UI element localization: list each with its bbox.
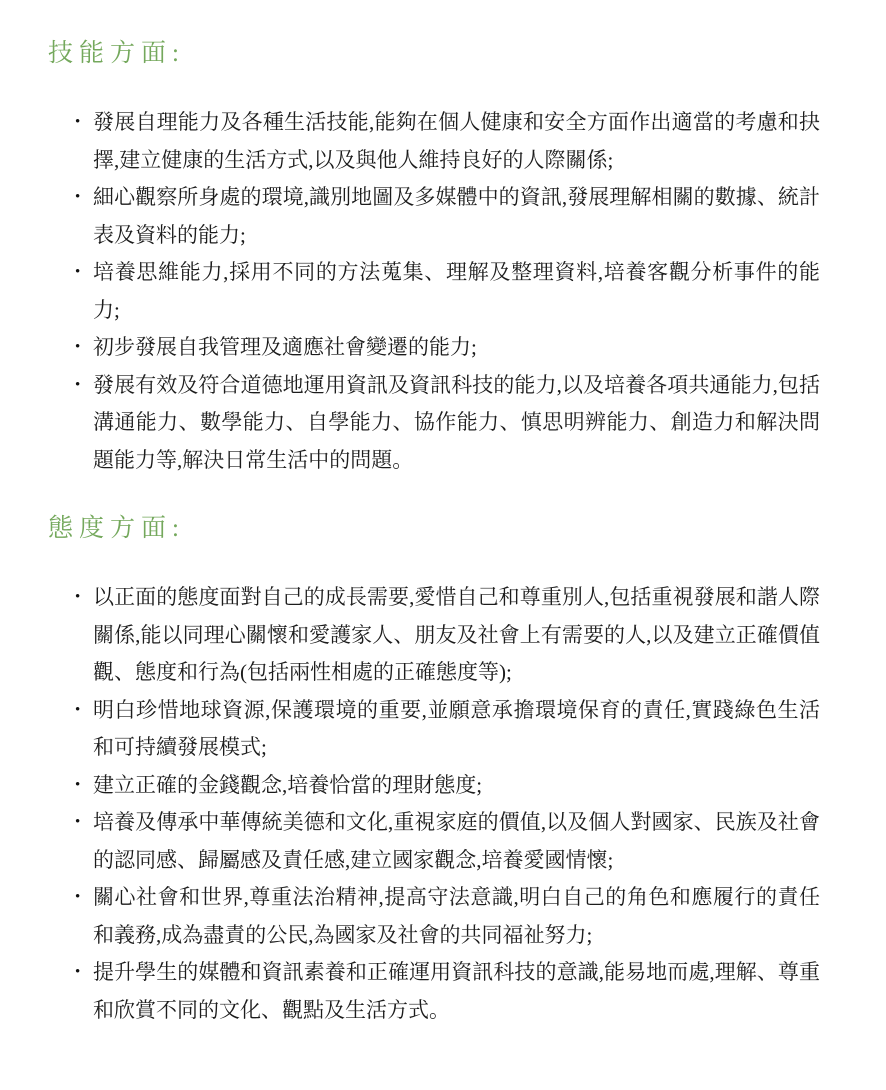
section-heading-attitude: 態度方面:: [48, 513, 820, 545]
bullet-text: 初步發展自我管理及適應社會變遷的能力;: [93, 335, 477, 359]
bullet-icon: •: [75, 767, 89, 805]
list-item: • 明白珍惜地球資源,保護環境的重要,並願意承擔環境保育的責任,實踐綠色生活和可…: [48, 692, 820, 767]
bullet-text: 提升學生的媒體和資訊素養和正確運用資訊科技的意識,能易地而處,理解、尊重和欣賞不…: [93, 960, 820, 1022]
bullet-icon: •: [75, 879, 89, 917]
bullet-icon: •: [75, 367, 89, 405]
bullet-text: 發展有效及符合道德地運用資訊及資訊科技的能力,以及培養各項共通能力,包括溝通能力…: [93, 373, 820, 472]
bullet-icon: •: [75, 179, 89, 217]
bullet-text: 培養及傳承中華傳統美德和文化,重視家庭的價值,以及個人對國家、民族及社會的認同感…: [93, 810, 820, 872]
bullet-icon: •: [75, 692, 89, 730]
bullet-text: 關心社會和世界,尊重法治精神,提高守法意識,明白自己的角色和應履行的責任和義務,…: [93, 885, 820, 947]
list-item: • 發展自理能力及各種生活技能,能夠在個人健康和安全方面作出適當的考慮和抉擇,建…: [48, 104, 820, 179]
list-item: • 初步發展自我管理及適應社會變遷的能力;: [48, 329, 820, 367]
bullet-icon: •: [75, 254, 89, 292]
skills-bullet-list: • 發展自理能力及各種生活技能,能夠在個人健康和安全方面作出適當的考慮和抉擇,建…: [48, 104, 820, 479]
document-page: 技能方面: • 發展自理能力及各種生活技能,能夠在個人健康和安全方面作出適當的考…: [0, 0, 886, 1090]
section-heading-skills: 技能方面:: [48, 38, 820, 70]
bullet-icon: •: [75, 104, 89, 142]
bullet-icon: •: [75, 579, 89, 617]
bullet-text: 以正面的態度面對自己的成長需要,愛惜自己和尊重別人,包括重視發展和諧人際關係,能…: [93, 585, 820, 684]
bullet-text: 明白珍惜地球資源,保護環境的重要,並願意承擔環境保育的責任,實踐綠色生活和可持續…: [93, 698, 820, 760]
bullet-text: 培養思維能力,採用不同的方法蒐集、理解及整理資料,培養客觀分析事件的能力;: [93, 260, 820, 322]
list-item: • 建立正確的金錢觀念,培養恰當的理財態度;: [48, 767, 820, 805]
list-item: • 發展有效及符合道德地運用資訊及資訊科技的能力,以及培養各項共通能力,包括溝通…: [48, 367, 820, 480]
bullet-text: 細心觀察所身處的環境,識別地圖及多媒體中的資訊,發展理解相關的數據、統計表及資料…: [93, 185, 820, 247]
list-item: • 關心社會和世界,尊重法治精神,提高守法意識,明白自己的角色和應履行的責任和義…: [48, 879, 820, 954]
list-item: • 培養及傳承中華傳統美德和文化,重視家庭的價值,以及個人對國家、民族及社會的認…: [48, 804, 820, 879]
list-item: • 細心觀察所身處的環境,識別地圖及多媒體中的資訊,發展理解相關的數據、統計表及…: [48, 179, 820, 254]
bullet-icon: •: [75, 804, 89, 842]
list-item: • 以正面的態度面對自己的成長需要,愛惜自己和尊重別人,包括重視發展和諧人際關係…: [48, 579, 820, 692]
bullet-text: 建立正確的金錢觀念,培養恰當的理財態度;: [93, 773, 482, 797]
list-item: • 培養思維能力,採用不同的方法蒐集、理解及整理資料,培養客觀分析事件的能力;: [48, 254, 820, 329]
attitude-bullet-list: • 以正面的態度面對自己的成長需要,愛惜自己和尊重別人,包括重視發展和諧人際關係…: [48, 579, 820, 1029]
bullet-icon: •: [75, 329, 89, 367]
list-item: • 提升學生的媒體和資訊素養和正確運用資訊科技的意識,能易地而處,理解、尊重和欣…: [48, 954, 820, 1029]
bullet-icon: •: [75, 954, 89, 992]
bullet-text: 發展自理能力及各種生活技能,能夠在個人健康和安全方面作出適當的考慮和抉擇,建立健…: [93, 110, 820, 172]
